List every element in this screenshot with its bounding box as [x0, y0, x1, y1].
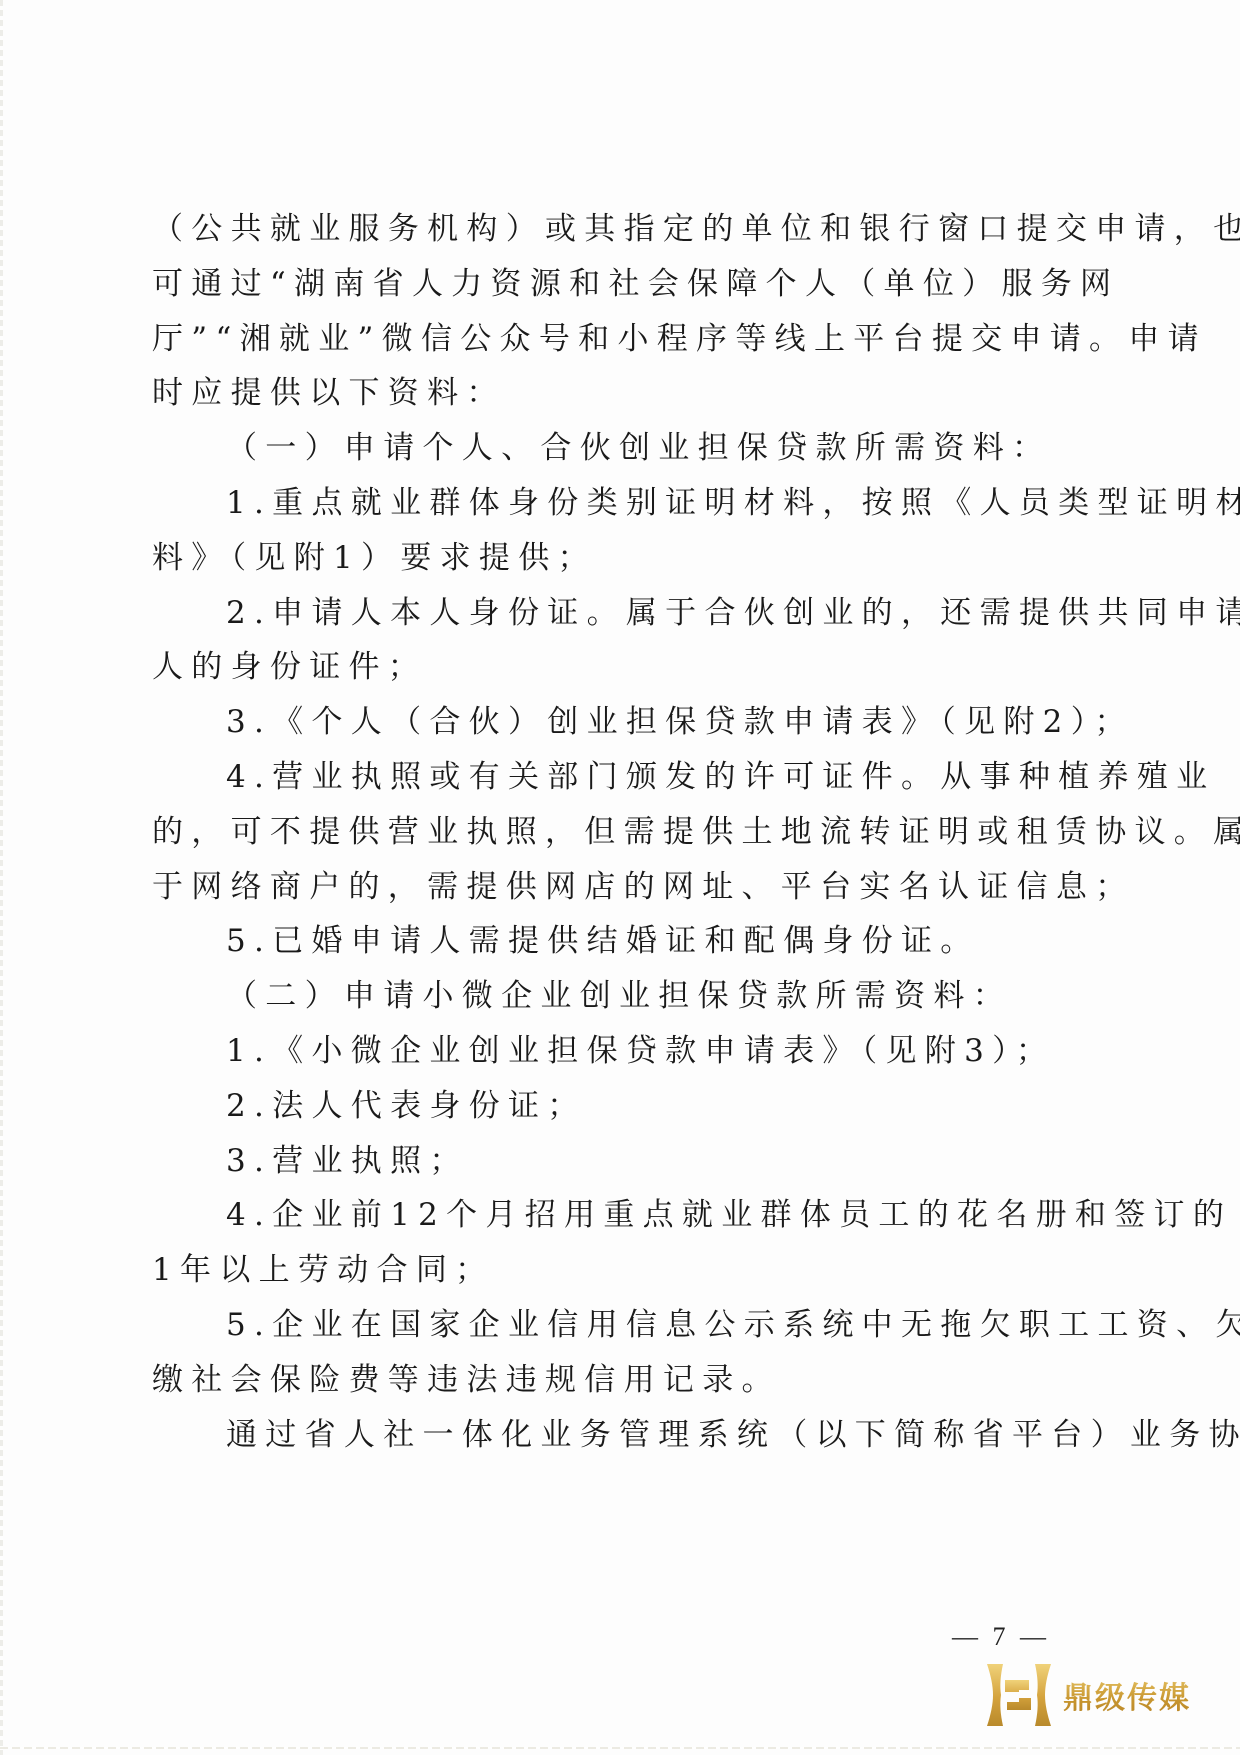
- list-item: 2.法人代表身份证；: [152, 1079, 1082, 1134]
- text-line: 缴社会保险费等违法违规信用记录。: [152, 1353, 1082, 1408]
- watermark-text: 鼎级传媒: [1063, 1673, 1191, 1717]
- text-line: 时应提供以下资料：: [152, 366, 1082, 421]
- body-text: （公共就业服务机构）或其指定的单位和银行窗口提交申请，也 可通过“湖南省人力资源…: [152, 202, 1082, 1462]
- text-line: 料》（见附1）要求提供；: [152, 531, 1082, 586]
- scan-edge-left: [0, 0, 3, 1755]
- list-item: 2.申请人本人身份证。属于合伙创业的，还需提供共同申请: [152, 586, 1082, 641]
- paragraph-start: 通过省人社一体化业务管理系统（以下简称省平台）业务协: [152, 1408, 1082, 1463]
- text-line: 厅”“湘就业”微信公众号和小程序等线上平台提交申请。申请: [152, 312, 1082, 367]
- text-line: 于网络商户的，需提供网店的网址、平台实名认证信息；: [152, 860, 1082, 915]
- list-item: 1.重点就业群体身份类别证明材料，按照《人员类型证明材: [152, 476, 1082, 531]
- list-item: 3.《个人（合伙）创业担保贷款申请表》（见附2）；: [152, 695, 1082, 750]
- list-item: 4.企业前12个月招用重点就业群体员工的花名册和签订的: [152, 1188, 1082, 1243]
- text-line: 可通过“湖南省人力资源和社会保障个人（单位）服务网: [152, 257, 1082, 312]
- list-item: 5.企业在国家企业信用信息公示系统中无拖欠职工工资、欠: [152, 1298, 1082, 1353]
- list-item: 1.《小微企业创业担保贷款申请表》（见附3）；: [152, 1024, 1082, 1079]
- list-item: 3.营业执照；: [152, 1134, 1082, 1189]
- text-line: 的，可不提供营业执照，但需提供土地流转证明或租赁协议。属: [152, 805, 1082, 860]
- watermark: 鼎级传媒: [985, 1660, 1191, 1730]
- text-line: （公共就业服务机构）或其指定的单位和银行窗口提交申请，也: [152, 202, 1082, 257]
- scan-edge-bottom: [0, 1747, 1240, 1749]
- section-heading: （二）申请小微企业创业担保贷款所需资料：: [152, 969, 1082, 1024]
- section-heading: （一）申请个人、合伙创业担保贷款所需资料：: [152, 421, 1082, 476]
- list-item: 4.营业执照或有关部门颁发的许可证件。从事种植养殖业: [152, 750, 1082, 805]
- page-number: — 7 —: [952, 1622, 1050, 1652]
- brand-logo-icon: [985, 1662, 1053, 1728]
- text-line: 人的身份证件；: [152, 640, 1082, 695]
- document-page: （公共就业服务机构）或其指定的单位和银行窗口提交申请，也 可通过“湖南省人力资源…: [0, 0, 1240, 1755]
- text-line: 1年以上劳动合同；: [152, 1243, 1082, 1298]
- list-item: 5.已婚申请人需提供结婚证和配偶身份证。: [152, 914, 1082, 969]
